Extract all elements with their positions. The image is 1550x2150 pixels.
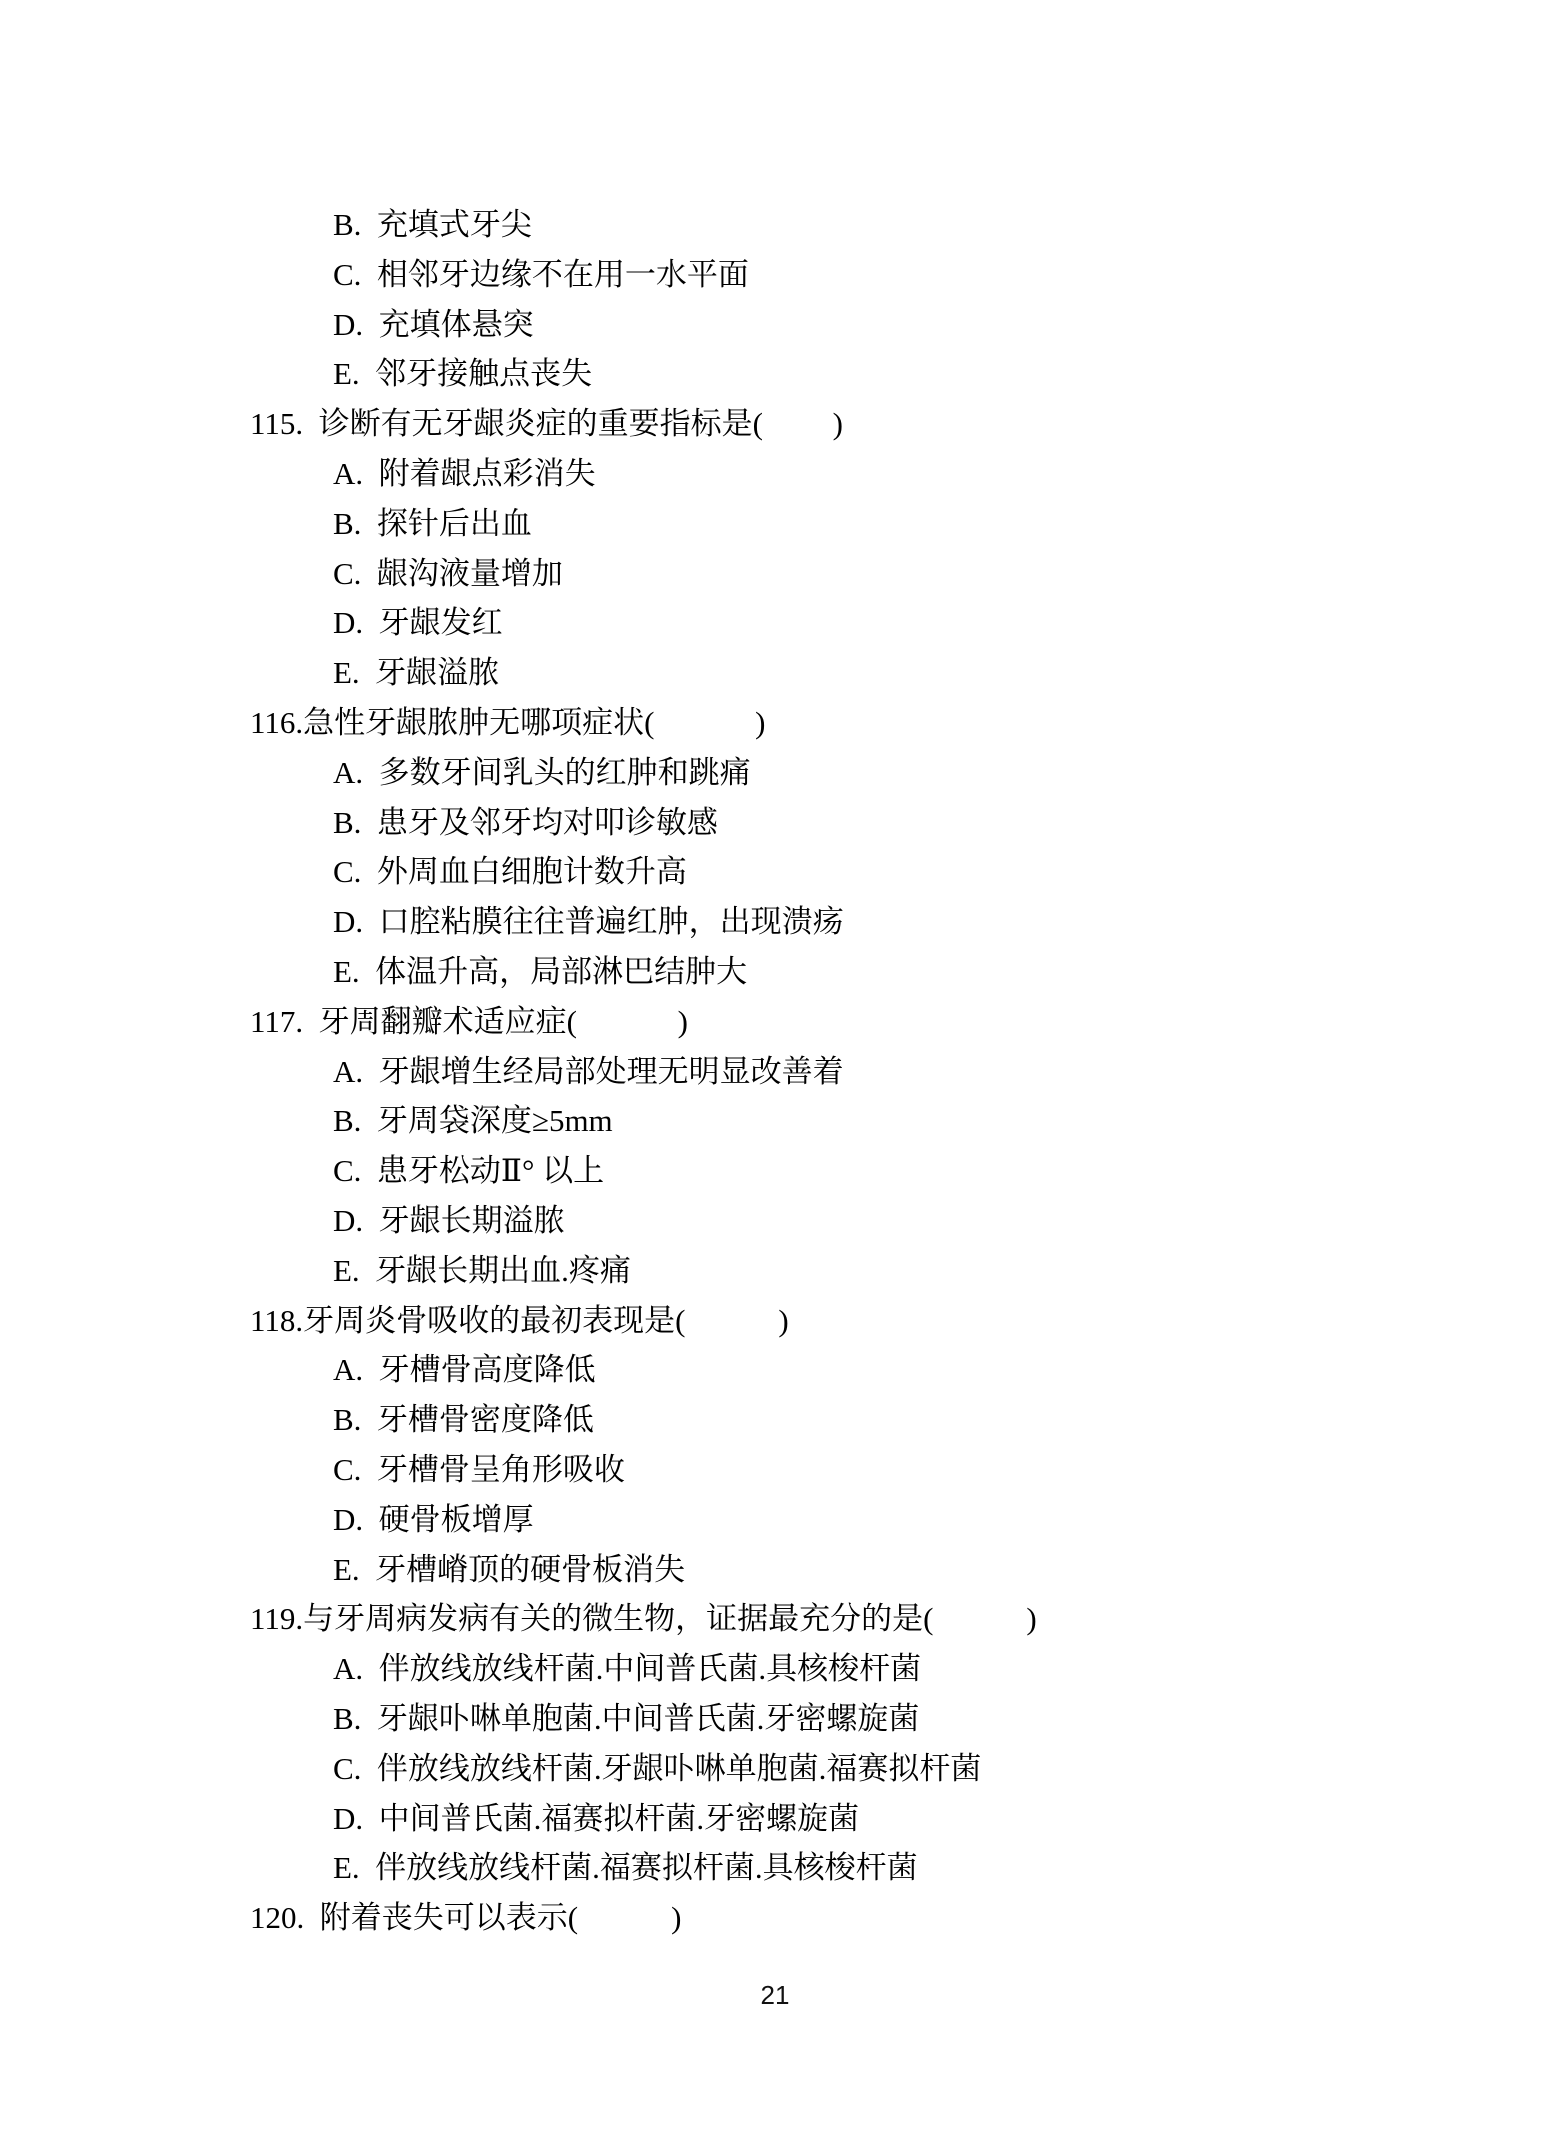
option-line: D. 牙龈长期溢脓: [0, 1196, 1550, 1246]
option-line: C. 患牙松动Ⅱ° 以上: [0, 1146, 1550, 1196]
question-stem: 119.与牙周病发病有关的微生物，证据最充分的是( ): [0, 1594, 1550, 1644]
option-line: D. 中间普氏菌.福赛拟杆菌.牙密螺旋菌: [0, 1794, 1550, 1844]
option-line: B. 牙槽骨密度降低: [0, 1395, 1550, 1445]
option-line: B. 探针后出血: [0, 499, 1550, 549]
page-number: 21: [0, 1980, 1550, 2010]
option-line: A. 多数牙间乳头的红肿和跳痛: [0, 748, 1550, 798]
question-stem: 118.牙周炎骨吸收的最初表现是( ): [0, 1296, 1550, 1346]
option-line: C. 伴放线放线杆菌.牙龈卟啉单胞菌.福赛拟杆菌: [0, 1744, 1550, 1794]
option-line: E. 伴放线放线杆菌.福赛拟杆菌.具核梭杆菌: [0, 1843, 1550, 1893]
option-line: A. 伴放线放线杆菌.中间普氏菌.具核梭杆菌: [0, 1644, 1550, 1694]
option-line: D. 牙龈发红: [0, 598, 1550, 648]
option-line: A. 附着龈点彩消失: [0, 449, 1550, 499]
exam-page: B. 充填式牙尖C. 相邻牙边缘不在用一水平面D. 充填体悬突E. 邻牙接触点丧…: [0, 0, 1550, 2150]
option-line: B. 充填式牙尖: [0, 200, 1550, 250]
option-line: A. 牙槽骨高度降低: [0, 1345, 1550, 1395]
question-stem: 117. 牙周翻瓣术适应症( ): [0, 997, 1550, 1047]
option-line: C. 牙槽骨呈角形吸收: [0, 1445, 1550, 1495]
option-line: D. 硬骨板增厚: [0, 1495, 1550, 1545]
exam-body: B. 充填式牙尖C. 相邻牙边缘不在用一水平面D. 充填体悬突E. 邻牙接触点丧…: [0, 200, 1550, 1943]
option-line: D. 充填体悬突: [0, 300, 1550, 350]
option-line: A. 牙龈增生经局部处理无明显改善着: [0, 1047, 1550, 1097]
option-line: E. 体温升高，局部淋巴结肿大: [0, 947, 1550, 997]
option-line: E. 牙龈溢脓: [0, 648, 1550, 698]
option-line: B. 患牙及邻牙均对叩诊敏感: [0, 798, 1550, 848]
option-line: C. 龈沟液量增加: [0, 549, 1550, 599]
option-line: D. 口腔粘膜往往普遍红肿，出现溃疡: [0, 897, 1550, 947]
option-line: E. 邻牙接触点丧失: [0, 349, 1550, 399]
option-line: B. 牙龈卟啉单胞菌.中间普氏菌.牙密螺旋菌: [0, 1694, 1550, 1744]
option-line: C. 相邻牙边缘不在用一水平面: [0, 250, 1550, 300]
question-stem: 115. 诊断有无牙龈炎症的重要指标是( ): [0, 399, 1550, 449]
question-stem: 116.急性牙龈脓肿无哪项症状( ): [0, 698, 1550, 748]
option-line: E. 牙龈长期出血.疼痛: [0, 1246, 1550, 1296]
option-line: C. 外周血白细胞计数升高: [0, 847, 1550, 897]
option-line: E. 牙槽嵴顶的硬骨板消失: [0, 1545, 1550, 1595]
question-stem: 120. 附着丧失可以表示( ): [0, 1893, 1550, 1943]
option-line: B. 牙周袋深度≥5mm: [0, 1096, 1550, 1146]
